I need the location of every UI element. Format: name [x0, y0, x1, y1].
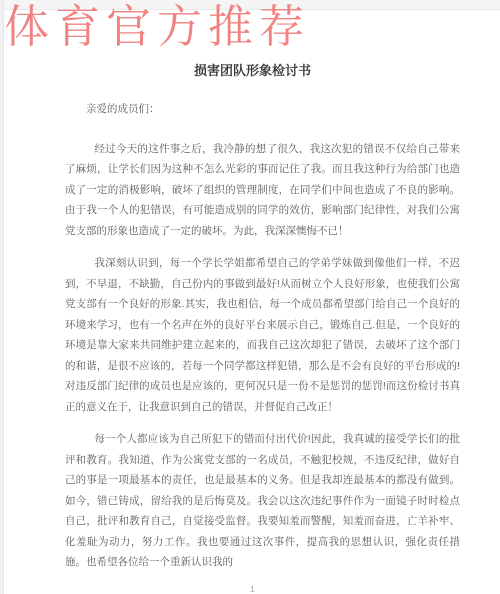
document-page: 损害团队形象检讨书 亲爱的成员们： 经过今天的这件事之后，我冷静的想了很久，我这… [5, 10, 500, 594]
greeting-line: 亲爱的成员们： [65, 99, 460, 120]
left-page-edge [0, 0, 4, 594]
page-number: 1 [5, 585, 500, 594]
paragraph: 我深刻认识到，每一个学长学姐都希望自己的学弟学妹做到像他们一样，不迟到，不早退，… [65, 253, 460, 417]
document-body: 亲爱的成员们： 经过今天的这件事之后，我冷静的想了很久，我这次犯的错误不仅给自己… [65, 99, 460, 573]
top-page-edge [0, 0, 500, 10]
paragraph: 经过今天的这件事之后，我冷静的想了很久，我这次犯的错误不仅给自己带来了麻烦，让学… [65, 139, 460, 242]
document-viewer: { "watermark": { "text": "体育官方推荐", "colo… [0, 0, 500, 594]
paragraph: 每一个人都应该为自己所犯下的错而付出代价!因此，我真诚的接受学长们的批评和教育。… [65, 429, 460, 573]
document-title: 损害团队形象检讨书 [5, 62, 500, 79]
